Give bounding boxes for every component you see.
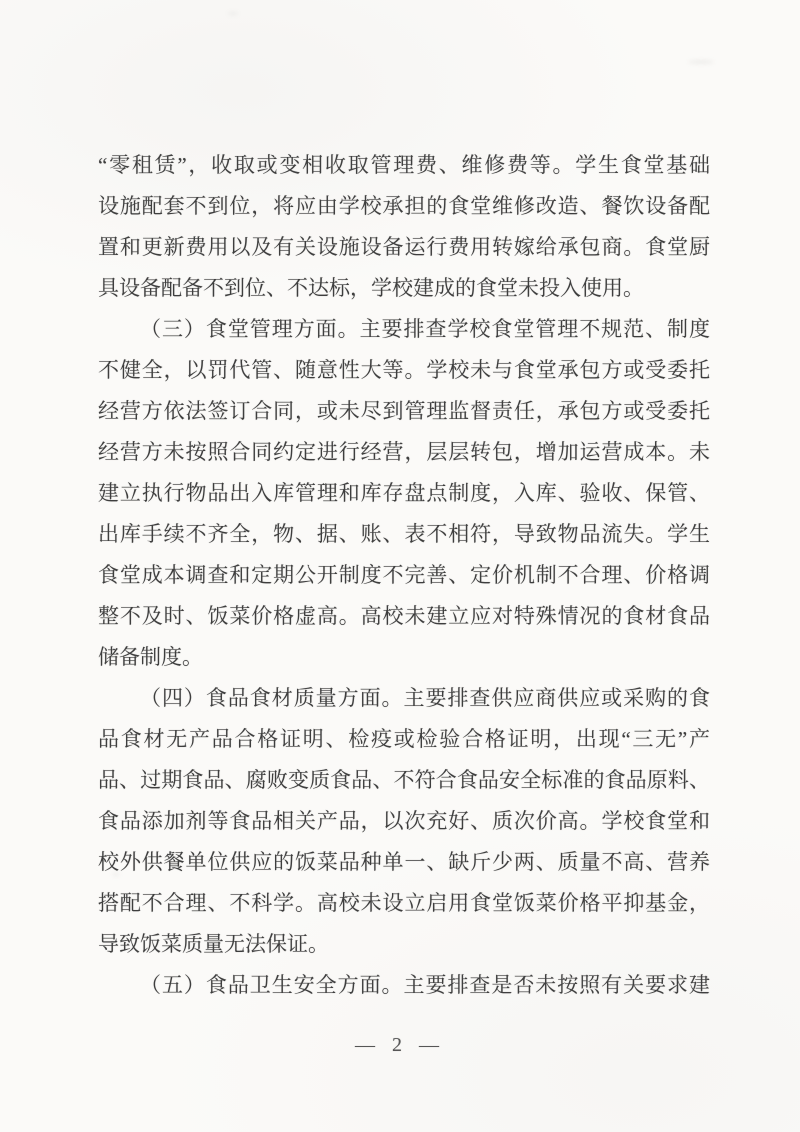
text-line: 设施配套不到位，将应由学校承担的食堂维修改造、餐饮设备配 xyxy=(98,186,710,227)
text-line: 食品添加剂等食品相关产品，以次充好、质次价高。学校食堂和 xyxy=(98,801,710,842)
text-line: 品、过期食品、腐败变质食品、不符合食品安全标准的食品原料、 xyxy=(98,760,710,801)
text-line: 出库手续不齐全，物、据、账、表不相符，导致物品流失。学生 xyxy=(98,514,710,555)
text-line: 品食材无产品合格证明、检疫或检验合格证明，出现“三无”产 xyxy=(98,719,710,760)
document-page: “零租赁”，收取或变相收取管理费、维修费等。学生食堂基础 设施配套不到位，将应由… xyxy=(0,0,800,1132)
text-line: 经营方依法签订合同，或未尽到管理监督责任，承包方或受委托 xyxy=(98,391,710,432)
scan-smudge xyxy=(228,12,238,15)
text-line: 搭配不合理、不科学。高校未设立启用食堂饭菜价格平抑基金， xyxy=(98,883,710,924)
text-line: （三）食堂管理方面。主要排查学校食堂管理不规范、制度 xyxy=(98,309,710,350)
page-number: — 2 — xyxy=(0,1034,800,1057)
text-line: 具设备配备不到位、不达标，学校建成的食堂未投入使用。 xyxy=(98,268,710,309)
text-line: 置和更新费用以及有关设施设备运行费用转嫁给承包商。食堂厨 xyxy=(98,227,710,268)
scan-smudge xyxy=(688,60,714,64)
text-line: 不健全，以罚代管、随意性大等。学校未与食堂承包方或受委托 xyxy=(98,350,710,391)
text-line: （四）食品食材质量方面。主要排查供应商供应或采购的食 xyxy=(98,678,710,719)
document-body: “零租赁”，收取或变相收取管理费、维修费等。学生食堂基础 设施配套不到位，将应由… xyxy=(98,145,710,1006)
text-line: 校外供餐单位供应的饭菜品种单一、缺斤少两、质量不高、营养 xyxy=(98,842,710,883)
text-line: 储备制度。 xyxy=(98,637,710,678)
text-line: 经营方未按照合同约定进行经营，层层转包，增加运营成本。未 xyxy=(98,432,710,473)
text-line: 建立执行物品出入库管理和库存盘点制度，入库、验收、保管、 xyxy=(98,473,710,514)
text-line: “零租赁”，收取或变相收取管理费、维修费等。学生食堂基础 xyxy=(98,145,710,186)
text-line: 整不及时、饭菜价格虚高。高校未建立应对特殊情况的食材食品 xyxy=(98,596,710,637)
text-line: （五）食品卫生安全方面。主要排查是否未按照有关要求建 xyxy=(98,965,710,1006)
text-line: 食堂成本调查和定期公开制度不完善、定价机制不合理、价格调 xyxy=(98,555,710,596)
text-line: 导致饭菜质量无法保证。 xyxy=(98,924,710,965)
